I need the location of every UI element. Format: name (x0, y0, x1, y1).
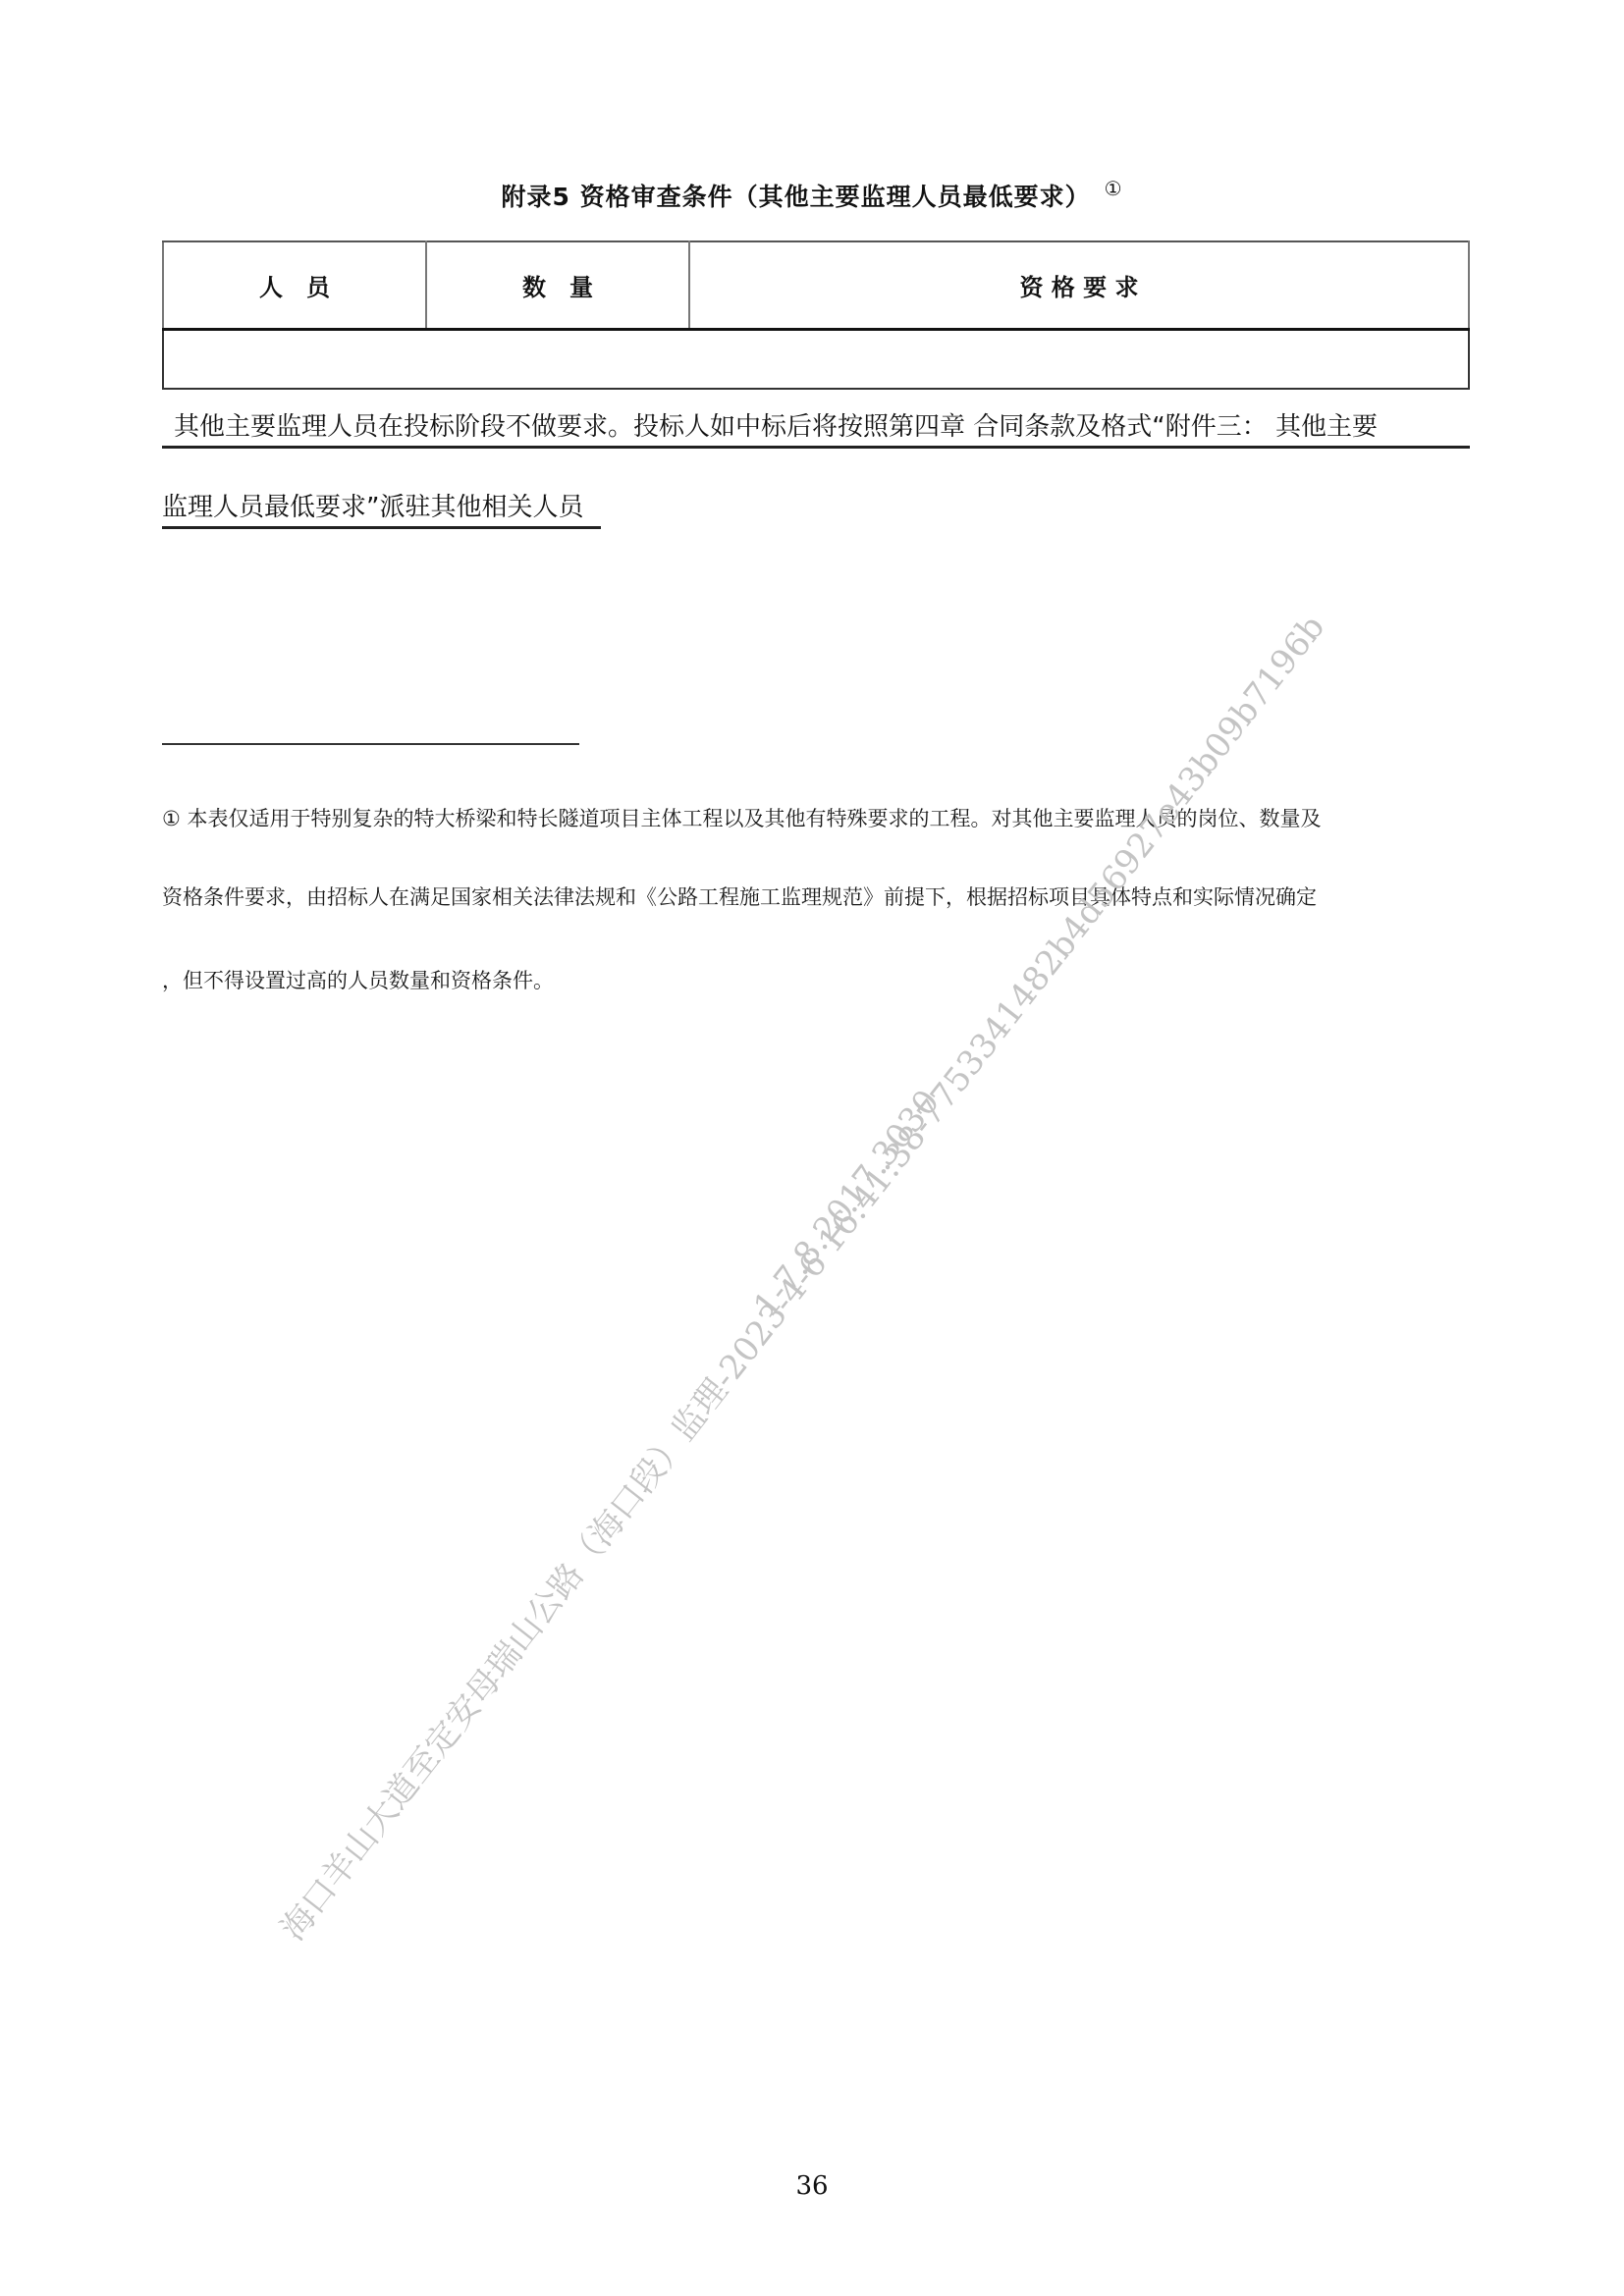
title-footnote-marker: ① (1105, 177, 1123, 200)
header-personnel: 人 员 (163, 241, 426, 330)
footnote-line-2: 资格条件要求，由招标人在满足国家相关法律法规和《公路工程施工监理规范》前提下，根… (162, 883, 1478, 911)
table-row (163, 330, 1469, 390)
footnote-line-1: ① 本表仅适用于特别复杂的特大桥梁和特长隧道项目主体工程以及其他有特殊要求的工程… (162, 805, 1478, 832)
note-line-1: 其他主要监理人员在投标阶段不做要求。投标人如中标后将按照第四章 合同条款及格式“… (162, 410, 1470, 449)
header-quantity: 数 量 (426, 241, 689, 330)
watermark-line-2: 1-7.8.2017.3030 (746, 1083, 947, 1325)
page-number: 36 (0, 2171, 1624, 2201)
footnote-line-3: ，但不得设置过高的人员数量和资格条件。 (162, 967, 1478, 994)
title-text: 附录5 资格审查条件（其他主要监理人员最低要求） (501, 183, 1090, 211)
document-page: 附录5 资格审查条件（其他主要监理人员最低要求）① 人 员 数 量 资 格 要 … (0, 0, 1624, 2296)
header-qualification: 资 格 要 求 (689, 241, 1469, 330)
table-header-row: 人 员 数 量 资 格 要 求 (163, 241, 1469, 330)
table-cell-empty (163, 330, 1469, 390)
note-line-2: 监理人员最低要求”派驻其他相关人员 (162, 491, 601, 529)
footnote-divider (162, 743, 579, 745)
page-title: 附录5 资格审查条件（其他主要监理人员最低要求）① (0, 177, 1624, 213)
qualification-table: 人 员 数 量 资 格 要 求 (162, 240, 1470, 390)
